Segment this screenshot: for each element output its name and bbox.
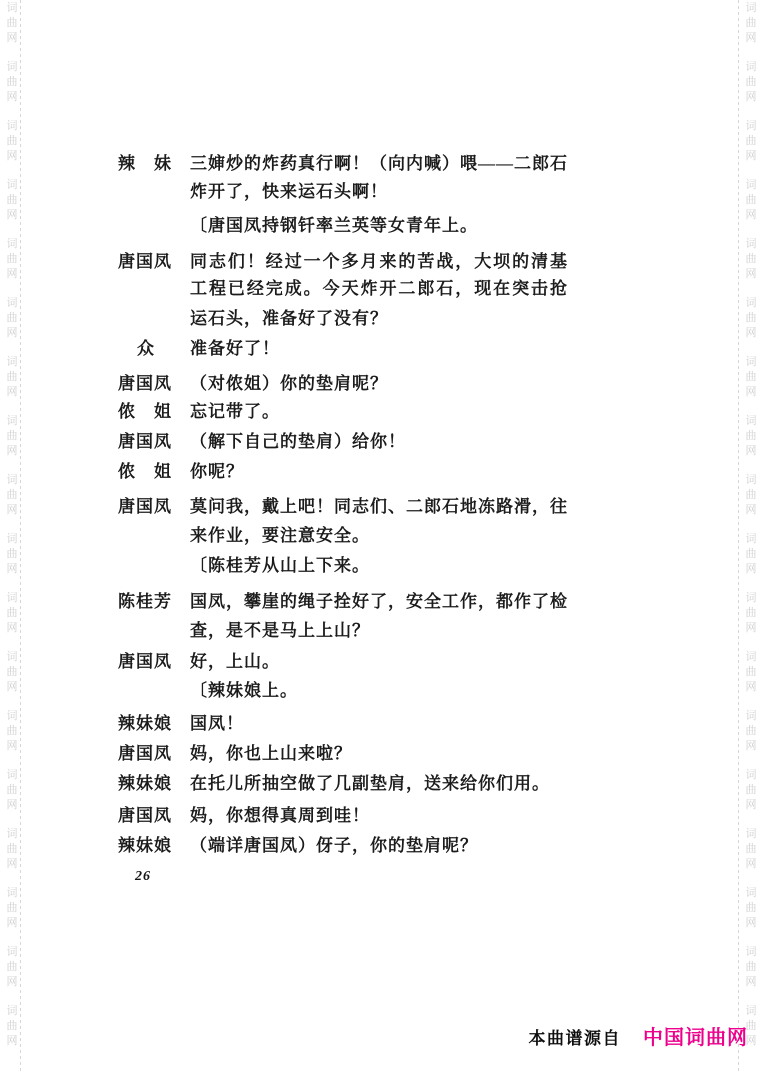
watermark-char: 曲 (744, 135, 758, 149)
stage-direction-text: 〔唐国凤持钢钎率兰英等女青年上。 (190, 216, 568, 236)
role-label: 众 (118, 339, 174, 359)
dialogue-text: 好，上山。 (190, 652, 568, 672)
watermark-char: 词 (5, 533, 19, 547)
watermark-char: 曲 (744, 253, 758, 267)
watermark-char: 网 (744, 32, 758, 46)
watermark-char: 词 (5, 710, 19, 724)
watermark-char: 词 (5, 1005, 19, 1019)
watermark-char: 词 (5, 238, 19, 252)
watermark-char: 词 (5, 297, 19, 311)
watermark-char: 曲 (5, 1020, 19, 1034)
dialogue-text: 炸开了，快来运石头啊！ (190, 182, 568, 202)
watermark-char: 词 (744, 828, 758, 842)
role-label: 唐国凤 (118, 497, 174, 517)
role-label: 陈桂芳 (118, 592, 174, 612)
watermark-char: 曲 (744, 902, 758, 916)
watermark-char: 网 (744, 504, 758, 518)
dashed-border-left (20, 0, 21, 1074)
watermark-char: 网 (744, 563, 758, 577)
watermark-char: 词 (5, 651, 19, 665)
role-label: 唐国凤 (118, 744, 174, 764)
dialogue-text: 妈，你想得真周到哇！ (190, 806, 568, 826)
watermark-char: 网 (5, 976, 19, 990)
watermark-char: 曲 (5, 430, 19, 444)
dialogue-text: 忘记带了。 (190, 402, 568, 422)
stage-direction-text: 〔陈桂芳从山上下来。 (190, 556, 568, 576)
watermark-char: 词 (744, 297, 758, 311)
dialogue-text: 运石头，准备好了没有？ (190, 309, 568, 329)
watermark-char: 词 (744, 120, 758, 134)
watermark-char: 曲 (744, 607, 758, 621)
dialogue-text: 同志们！经过一个多月来的苦战，大坝的清基 (190, 252, 568, 272)
dialogue-text: （端详唐国凤）伢子，你的垫肩呢？ (190, 836, 568, 856)
watermark-char: 词 (5, 2, 19, 16)
watermark-char: 网 (5, 563, 19, 577)
watermark-char: 曲 (5, 784, 19, 798)
footer-site-name: 中国词曲网 (643, 1021, 748, 1050)
watermark-char: 网 (744, 858, 758, 872)
watermark-char: 词 (5, 887, 19, 901)
stage-direction-text: 〔辣妹娘上。 (190, 681, 568, 701)
watermark-char: 词 (744, 769, 758, 783)
dashed-border-right (738, 0, 739, 1074)
watermark-char: 词 (744, 1005, 758, 1019)
watermark-char: 词 (5, 592, 19, 606)
watermark-char: 曲 (5, 253, 19, 267)
role-label: 侬 姐 (118, 402, 174, 422)
watermark-char: 曲 (744, 725, 758, 739)
footer: 本曲谱源自 中国词曲网 (529, 1021, 749, 1050)
watermark-char: 词 (744, 61, 758, 75)
watermark-char: 曲 (744, 666, 758, 680)
watermark-char: 词 (5, 120, 19, 134)
watermark-char: 网 (744, 209, 758, 223)
dialogue-text: 在托儿所抽空做了几副垫肩，送来给你们用。 (190, 774, 568, 794)
watermark-char: 网 (5, 622, 19, 636)
dialogue-text: 工程已经完成。今天炸开二郎石，现在突击抢 (190, 279, 568, 299)
dialogue-text: （解下自己的垫肩）给你！ (190, 432, 568, 452)
watermark-char: 曲 (5, 666, 19, 680)
watermark-char: 曲 (744, 312, 758, 326)
role-label: 唐国凤 (118, 252, 174, 272)
watermark-char: 词 (5, 415, 19, 429)
watermark-char: 曲 (744, 17, 758, 31)
watermark-char: 网 (5, 386, 19, 400)
watermark-char: 网 (744, 740, 758, 754)
dialogue-text: 准备好了！ (190, 339, 568, 359)
watermark-char: 曲 (744, 784, 758, 798)
watermark-char: 网 (744, 681, 758, 695)
watermark-char: 曲 (5, 961, 19, 975)
watermark-char: 曲 (5, 17, 19, 31)
watermark-char: 网 (744, 976, 758, 990)
watermark-char: 词 (744, 887, 758, 901)
footer-source-label: 本曲谱源自 (529, 1024, 622, 1049)
watermark-char: 词 (744, 2, 758, 16)
watermark-char: 网 (5, 858, 19, 872)
watermark-char: 网 (5, 150, 19, 164)
watermark-char: 词 (5, 61, 19, 75)
watermark-char: 词 (744, 415, 758, 429)
watermark-char: 词 (744, 710, 758, 724)
watermark-char: 曲 (744, 76, 758, 90)
watermark-char: 网 (744, 91, 758, 105)
watermark-char: 网 (744, 622, 758, 636)
watermark-char: 曲 (5, 843, 19, 857)
watermark-char: 词 (744, 356, 758, 370)
watermark-char: 词 (5, 356, 19, 370)
watermark-char: 网 (5, 799, 19, 813)
watermark-char: 曲 (5, 371, 19, 385)
watermark-char: 网 (5, 917, 19, 931)
watermark-char: 词 (744, 474, 758, 488)
watermark-char: 网 (744, 150, 758, 164)
watermark-char: 曲 (5, 725, 19, 739)
watermark-char: 曲 (5, 489, 19, 503)
watermark-char: 网 (744, 445, 758, 459)
watermark-char: 词 (744, 179, 758, 193)
watermark-char: 网 (5, 209, 19, 223)
role-label: 唐国凤 (118, 432, 174, 452)
watermark-char: 网 (5, 32, 19, 46)
watermark-char: 曲 (744, 371, 758, 385)
watermark-char: 曲 (5, 135, 19, 149)
watermark-char: 网 (5, 681, 19, 695)
watermark-char: 曲 (744, 961, 758, 975)
watermark-char: 曲 (5, 902, 19, 916)
watermark-char: 词 (744, 592, 758, 606)
watermark-char: 网 (744, 268, 758, 282)
watermark-char: 网 (5, 327, 19, 341)
dialogue-text: 你呢？ (190, 462, 568, 482)
role-label: 辣妹娘 (118, 714, 174, 734)
watermark-char: 网 (744, 386, 758, 400)
watermark-char: 网 (5, 740, 19, 754)
dialogue-text: 莫问我，戴上吧！同志们、二郎石地冻路滑，往 (190, 497, 568, 517)
watermark-char: 网 (744, 799, 758, 813)
role-label: 辣妹娘 (118, 836, 174, 856)
role-label: 唐国凤 (118, 806, 174, 826)
watermark-char: 词 (5, 179, 19, 193)
watermark-char: 曲 (744, 548, 758, 562)
watermark-char: 网 (5, 1035, 19, 1049)
watermark-char: 网 (744, 327, 758, 341)
watermark-char: 网 (5, 445, 19, 459)
watermark-char: 词 (744, 238, 758, 252)
watermark-char: 曲 (5, 194, 19, 208)
role-label: 侬 姐 (118, 462, 174, 482)
dialogue-text: 国凤！ (190, 714, 568, 734)
dialogue-text: 查，是不是马上上山？ (190, 621, 568, 641)
watermark-char: 词 (744, 946, 758, 960)
watermark-char: 曲 (744, 843, 758, 857)
watermark-char: 曲 (5, 607, 19, 621)
watermark-char: 网 (5, 504, 19, 518)
watermark-char: 曲 (5, 548, 19, 562)
dialogue-text: 国凤，攀崖的绳子拴好了，安全工作，都作了检 (190, 592, 568, 612)
dialogue-text: 来作业，要注意安全。 (190, 526, 568, 546)
dialogue-text: （对侬姐）你的垫肩呢？ (190, 374, 568, 394)
watermark-char: 网 (5, 91, 19, 105)
role-label: 唐国凤 (118, 374, 174, 394)
watermark-char: 词 (5, 769, 19, 783)
watermark-char: 词 (744, 651, 758, 665)
watermark-char: 词 (5, 946, 19, 960)
dialogue-text: 妈，你也上山来啦？ (190, 744, 568, 764)
watermark-char: 网 (5, 268, 19, 282)
watermark-char: 曲 (5, 312, 19, 326)
dialogue-text: 三婶炒的炸药真行啊！（向内喊）喂——二郎石 (190, 154, 568, 174)
role-label: 辣 妹 (118, 154, 174, 174)
script-page: 词曲网词曲网词曲网词曲网词曲网词曲网词曲网词曲网词曲网词曲网词曲网词曲网词曲网词… (0, 0, 760, 1074)
watermark-char: 网 (744, 917, 758, 931)
watermark-char: 词 (744, 533, 758, 547)
watermark-char: 曲 (744, 430, 758, 444)
watermark-char: 曲 (744, 194, 758, 208)
page-number: 26 (135, 869, 151, 885)
role-label: 唐国凤 (118, 652, 174, 672)
watermark-char: 词 (5, 828, 19, 842)
watermark-char: 曲 (5, 76, 19, 90)
watermark-char: 词 (5, 474, 19, 488)
role-label: 辣妹娘 (118, 774, 174, 794)
watermark-char: 曲 (744, 489, 758, 503)
